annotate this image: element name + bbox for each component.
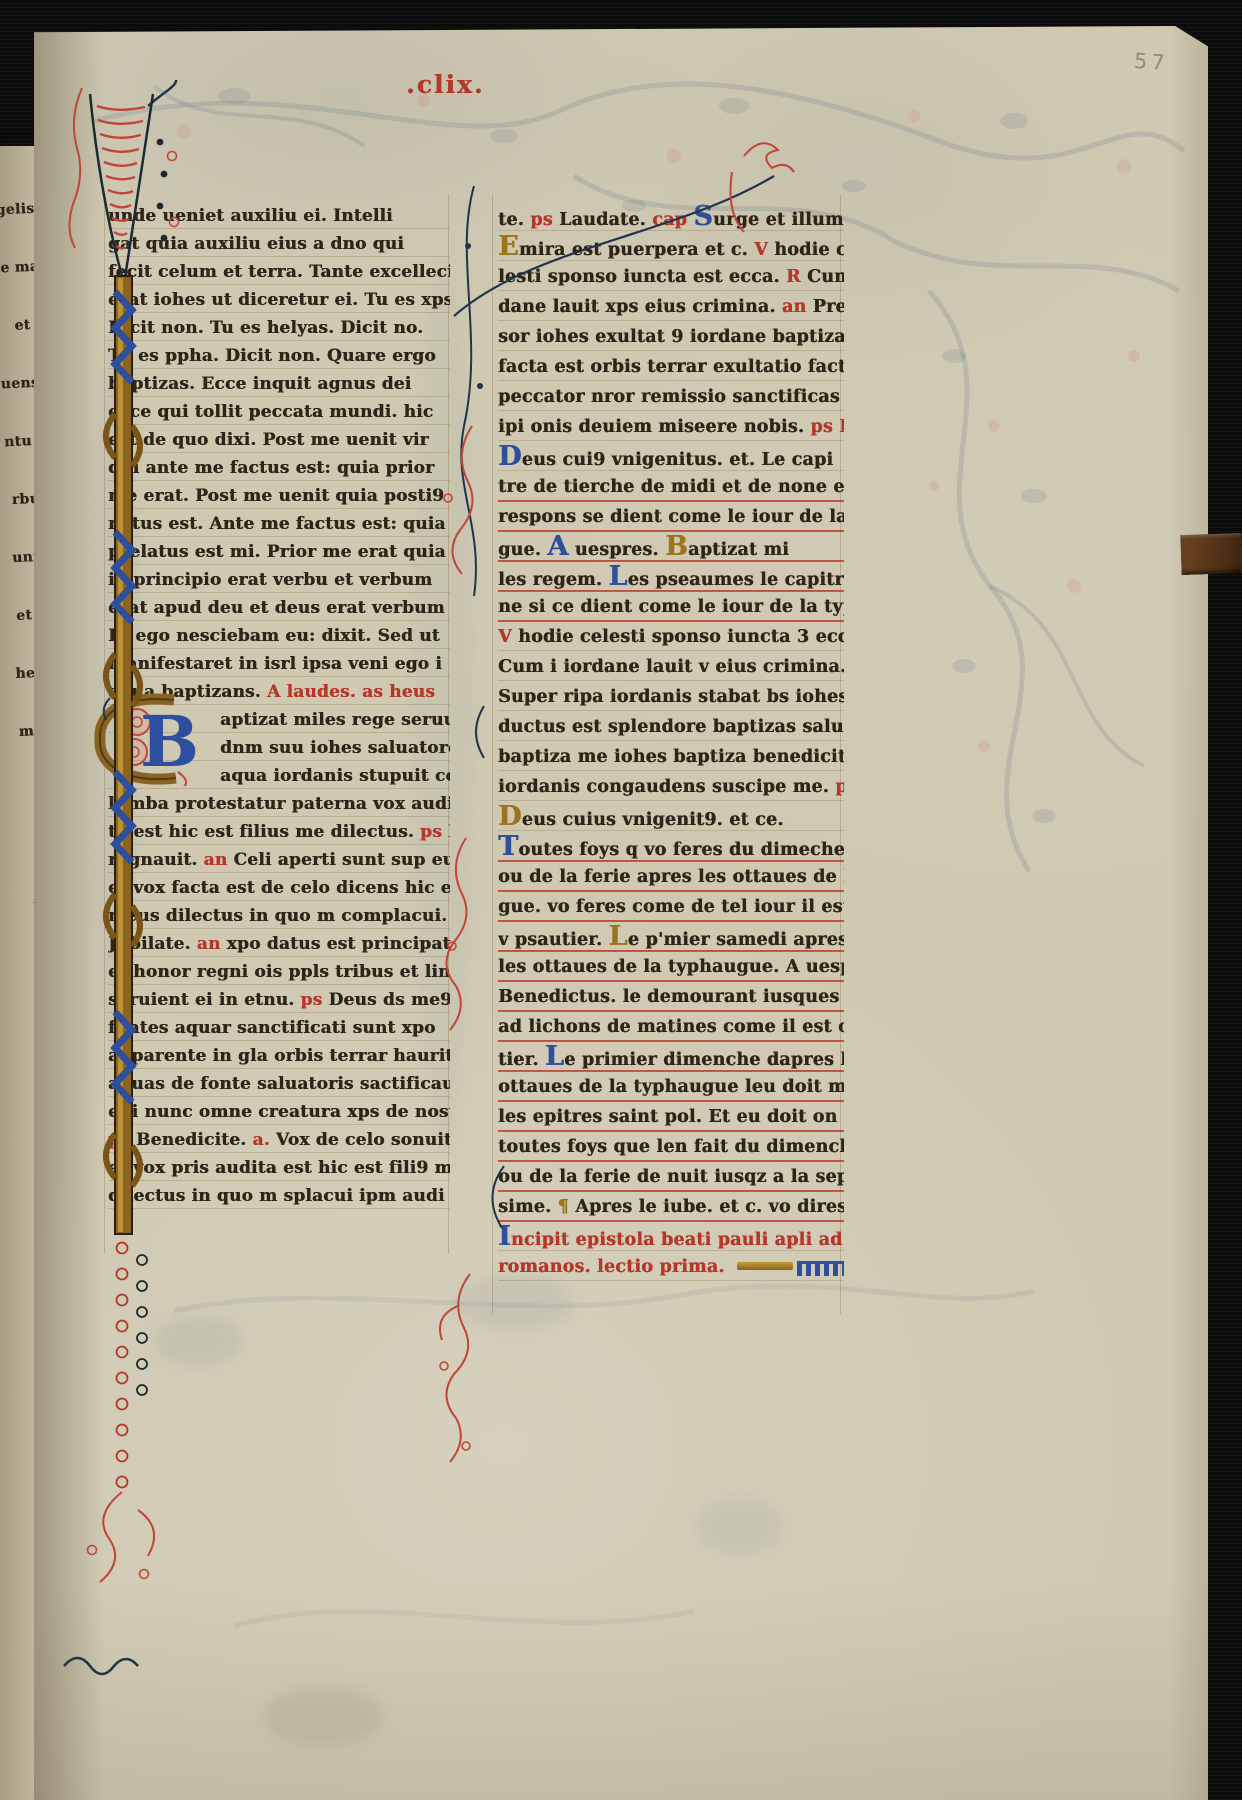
text-segment: Super ripa iordanis stabat bs iohes in xyxy=(498,687,844,707)
text-segment: Deus ds me9 xyxy=(328,990,450,1010)
text-line: Deus cui9 vnigenitus. et. Le capi xyxy=(498,442,844,472)
text-segment: unde ueniet auxiliu ei. Intelli xyxy=(108,206,393,226)
text-line: ou de la ferie de nuit iusqz a la septua… xyxy=(498,1162,844,1192)
text-line: regnauit. an Celi aperti sunt sup eu xyxy=(108,846,450,874)
blue-text-segment: D xyxy=(498,442,522,472)
text-segment: natus est. Ante me factus est: quia xyxy=(108,514,446,534)
text-segment: Cum i iordane lauit v eius crimina. xyxy=(498,657,844,677)
ruling-line xyxy=(492,194,493,1314)
bookmark-tab[interactable] xyxy=(1180,533,1242,575)
text-segment: dnm suu iohes saluatore xyxy=(220,738,450,758)
blue-text-segment: T xyxy=(498,832,518,862)
text-line: te. ps Laudate. cap Surge et illumiare y… xyxy=(498,202,844,232)
text-line: Cum i iordane lauit v eius crimina. a xyxy=(498,652,844,682)
text-line: erat apud deu et deus erat verbum xyxy=(108,594,450,622)
blue-text-segment: L xyxy=(608,562,627,592)
text-segment: es pseaumes le capitre hyn xyxy=(628,570,844,590)
text-line: fecit celum et terra. Tante excellecie xyxy=(108,258,450,286)
text-line: in principio erat verbu et verbum xyxy=(108,566,450,594)
red-text-segment: ps xyxy=(108,1130,136,1150)
text-segment: Laudate. xyxy=(559,210,652,230)
text-segment: in principio erat verbu et verbum xyxy=(108,570,432,590)
text-segment: sor iohes exultat 9 iordane baptizato do xyxy=(498,327,844,347)
text-segment: les epitres saint pol. Et eu doit on lir… xyxy=(498,1107,844,1127)
text-line: Jubilate. an xpo datus est principatu xyxy=(108,930,450,958)
text-line: manifestaret in isrl ipsa veni ego i xyxy=(108,650,450,678)
text-segment: et vox facta est de celo dicens hic est … xyxy=(108,878,450,898)
text-line: lesti sponso iuncta est ecca. R Cum ior xyxy=(498,262,844,292)
gold-text-segment: L xyxy=(608,922,627,952)
text-segment: fecit celum et terra. Tante excellecie xyxy=(108,262,450,282)
text-segment: mira est puerpera et c. xyxy=(519,240,754,260)
text-line: ne si ce dient come le iour de la typhau… xyxy=(498,592,844,622)
blue-text-segment: S xyxy=(693,202,713,232)
text-line: ta est hic est filius me dilectus. ps Dn… xyxy=(108,818,450,846)
red-text-segment: an xyxy=(204,850,234,870)
text-segment: Cum ior xyxy=(807,267,844,287)
text-line: unde ueniet auxiliu ei. Intelli xyxy=(108,202,450,230)
red-text-segment: ps xyxy=(530,210,559,230)
text-line: et honor regni ois ppls tribus et lingue xyxy=(108,958,450,986)
blue-text-segment: L xyxy=(545,1042,564,1072)
text-segment: et vox pris audita est hic est fili9 me9 xyxy=(108,1158,450,1178)
text-segment: ou de la ferie apres les ottaues de la t… xyxy=(498,867,844,887)
blue-text-segment: I xyxy=(498,1222,511,1252)
red-text-segment: an xyxy=(197,934,227,954)
text-line: sime. ¶ Apres le iube. et c. vo dires. xyxy=(498,1192,844,1222)
text-line: gue. vo feres come de tel iour il est or… xyxy=(498,892,844,922)
text-line: aquas de fonte saluatoris sactificauit xyxy=(108,1070,450,1098)
gold-text-segment: E xyxy=(498,232,519,262)
text-line: dane lauit xps eius crimina. an Precur xyxy=(498,292,844,322)
folio-number: 57 xyxy=(1133,49,1169,75)
text-line: toutes foys que len fait du dimenche xyxy=(498,1132,844,1162)
text-segment: ad lichons de matines come il est o psau xyxy=(498,1017,844,1037)
text-line: les ottaues de la typhaugue. A uespres a xyxy=(498,952,844,982)
text-line: ps Benedicite. a. Vox de celo sonuit xyxy=(108,1126,450,1154)
text-segment: baptizas. Ecce inquit agnus dei xyxy=(108,374,411,394)
text-segment: hodie ce xyxy=(774,240,844,260)
text-line: baptiza me iohes baptiza benedicite et t… xyxy=(498,742,844,772)
text-line: meus dilectus in quo m complacui. ps xyxy=(108,902,450,930)
text-segment: aqua iordanis stupuit co xyxy=(220,766,450,786)
text-segment: ottaues de la typhaugue leu doit mectre xyxy=(498,1077,844,1097)
red-text-segment: ps xyxy=(420,822,448,842)
bluebar-text-segment xyxy=(797,1261,844,1276)
text-segment: lesti sponso iuncta est ecca. xyxy=(498,267,786,287)
text-segment: Jubilate. xyxy=(108,934,197,954)
text-segment: me erat. Post me uenit quia posti9 xyxy=(108,486,444,506)
text-line: et vox facta est de celo dicens hic est … xyxy=(108,874,450,902)
text-line: ductus est splendore baptizas saluatore xyxy=(498,712,844,742)
text-line: ottaues de la typhaugue leu doit mectre xyxy=(498,1072,844,1102)
gold-text-segment: D xyxy=(498,802,522,832)
text-segment: Vox de celo sonuit xyxy=(276,1130,450,1150)
text-line: Dicit non. Tu es helyas. Dicit no. xyxy=(108,314,450,342)
text-segment: gue. vo feres come de tel iour il est or… xyxy=(498,897,844,917)
text-segment: manifestaret in isrl ipsa veni ego i xyxy=(108,654,442,674)
text-segment: ductus est splendore baptizas saluatore xyxy=(498,717,844,737)
text-segment: apparente in gla orbis terrar haurite xyxy=(108,1046,450,1066)
text-segment: Dicit non. Tu es helyas. Dicit no. xyxy=(108,318,423,338)
text-line: est de quo dixi. Post me uenit vir xyxy=(108,426,450,454)
goldbar-text-segment xyxy=(737,1262,793,1270)
text-segment: e p'mier samedi apres xyxy=(628,930,844,950)
text-line: tre de tierche de midi et de none et les… xyxy=(498,472,844,502)
red-text-segment: V xyxy=(754,240,774,260)
text-line: Super ripa iordanis stabat bs iohes in xyxy=(498,682,844,712)
text-segment: ou de la ferie de nuit iusqz a la septua… xyxy=(498,1167,844,1187)
red-text-segment: romanos. lectio prima. xyxy=(498,1257,731,1277)
text-segment: uespres. xyxy=(569,540,665,560)
text-segment: Benedictus. le demourant iusques xyxy=(498,987,839,1007)
text-segment: gue. xyxy=(498,540,547,560)
red-text-segment: ps B. or. xyxy=(835,777,844,797)
manuscript-page: .clix. 57 unde ueniet auxiliu ei. Intell… xyxy=(34,26,1208,1800)
text-line: gue. A uespres. Baptizat mi xyxy=(498,532,844,562)
text-segment: gat quia auxiliu eius a dno qui xyxy=(108,234,404,254)
text-line: Benedictus. le demourant iusques xyxy=(498,982,844,1012)
text-line: v psautier. Le p'mier samedi apres xyxy=(498,922,844,952)
text-line: baptizas. Ecce inquit agnus dei xyxy=(108,370,450,398)
text-segment: et honor regni ois ppls tribus et lingue xyxy=(108,962,450,982)
text-line: romanos. lectio prima. xyxy=(498,1252,844,1282)
manuscript-photo: { "page": { "header_numeral": ".clix.", … xyxy=(0,0,1242,1800)
red-text-segment: cap xyxy=(652,210,693,230)
text-segment: te. xyxy=(498,210,530,230)
text-segment: baptiza me iohes baptiza benedicite et t… xyxy=(498,747,844,767)
text-line: ipi onis deuiem miseere nobis. ps B. or. xyxy=(498,412,844,442)
text-segment: eni nunc omne creatura xps de nost xyxy=(108,1102,450,1122)
text-segment: xpo datus est principatu xyxy=(227,934,450,954)
text-segment: Celi aperti sunt sup eu xyxy=(233,850,450,870)
text-line: V hodie celesti sponso iuncta 3 ecca. R xyxy=(498,622,844,652)
text-segment: Benedicite. xyxy=(136,1130,252,1150)
text-segment: v psautier. xyxy=(498,930,608,950)
text-segment: toutes foys que len fait du dimenche xyxy=(498,1137,844,1157)
text-segment: Et ego nesciebam eu: dixit. Sed ut xyxy=(108,626,440,646)
text-line: Toutes foys q vo feres du dimeche xyxy=(498,832,844,862)
text-line: me erat. Post me uenit quia posti9 xyxy=(108,482,450,510)
illuminated-initial-B: B xyxy=(90,692,196,786)
text-line: et vox pris audita est hic est fili9 me9 xyxy=(108,1154,450,1182)
red-text-segment: ps B. or. xyxy=(810,417,844,437)
text-line: peccator nror remissio sanctificas aqs xyxy=(498,382,844,412)
text-segment: Apres le iube. et c. vo dires. xyxy=(575,1197,844,1217)
text-segment: iordanis congaudens suscipe me. xyxy=(498,777,835,797)
red-text-segment: a. xyxy=(252,1130,275,1150)
text-line: eni nunc omne creatura xps de nost xyxy=(108,1098,450,1126)
text-line: Et ego nesciebam eu: dixit. Sed ut xyxy=(108,622,450,650)
text-column-right: te. ps Laudate. cap Surge et illumiare y… xyxy=(498,202,844,1282)
text-line: sor iohes exultat 9 iordane baptizato do xyxy=(498,322,844,352)
text-line: les epitres saint pol. Et eu doit on lir… xyxy=(498,1102,844,1132)
text-segment: meus dilectus in quo m complacui. xyxy=(108,906,450,926)
svg-text:B: B xyxy=(140,700,196,783)
text-segment: qui ante me factus est: quia prior xyxy=(108,458,434,478)
gold-text-segment: ¶ xyxy=(558,1197,576,1217)
text-segment: peccator nror remissio sanctificas aqs xyxy=(498,387,844,407)
text-segment: dilectus in quo m splacui ipm audi xyxy=(108,1186,445,1206)
text-line: gat quia auxiliu eius a dno qui xyxy=(108,230,450,258)
text-line: ou de la ferie apres les ottaues de la t… xyxy=(498,862,844,892)
text-line: fontes aquar sanctificati sunt xpo xyxy=(108,1014,450,1042)
text-line: facta est orbis terrar exultatio facta e xyxy=(498,352,844,382)
text-segment: tier. xyxy=(498,1050,545,1070)
text-segment: tre de tierche de midi et de none et les… xyxy=(498,477,844,497)
text-segment: eus cuius vnigenit9. et ce. xyxy=(522,810,784,830)
text-segment: les regem. xyxy=(498,570,608,590)
text-segment: erat iohes ut diceretur ei. Tu es xps. xyxy=(108,290,450,310)
text-segment: ecce qui tollit peccata mundi. hic xyxy=(108,402,433,422)
text-segment: hodie celesti sponso iuncta 3 ecca. xyxy=(518,627,844,647)
text-segment: aptizat miles rege seruus xyxy=(220,710,450,730)
text-segment: ipi onis deuiem miseere nobis. xyxy=(498,417,810,437)
text-segment: Tu es ppha. Dicit non. Quare ergo xyxy=(108,346,436,366)
text-segment: prelatus est mi. Prior me erat quia xyxy=(108,542,446,562)
text-segment: respons se dient come le iour de la typh… xyxy=(498,507,844,527)
text-segment: e primier dimenche dapres les xyxy=(564,1050,844,1070)
text-line: natus est. Ante me factus est: quia xyxy=(108,510,450,538)
text-segment: Precur xyxy=(813,297,844,317)
text-line: Deus cuius vnigenit9. et ce. xyxy=(498,802,844,832)
red-text-segment: ps xyxy=(300,990,328,1010)
text-segment: Le capi xyxy=(761,450,833,470)
text-segment: les ottaues de la typhaugue. A uespres a xyxy=(498,957,844,977)
text-segment: regnauit. xyxy=(108,850,204,870)
text-line: qui ante me factus est: quia prior xyxy=(108,454,450,482)
text-line: dilectus in quo m splacui ipm audi xyxy=(108,1182,450,1210)
text-line: respons se dient come le iour de la typh… xyxy=(498,502,844,532)
text-line: erat iohes ut diceretur ei. Tu es xps. xyxy=(108,286,450,314)
text-segment: dane lauit xps eius crimina. xyxy=(498,297,782,317)
page-heading-numeral: .clix. xyxy=(406,70,485,99)
gold-text-segment: B xyxy=(665,532,688,562)
blue-text-segment: A xyxy=(547,532,568,562)
text-segment: sime. xyxy=(498,1197,558,1217)
red-text-segment: A laudes. as heus xyxy=(267,682,435,702)
text-line: tier. Le primier dimenche dapres les xyxy=(498,1042,844,1072)
text-segment: ta est hic est filius me dilectus. xyxy=(108,822,420,842)
text-line: Incipit epistola beati pauli apli ad xyxy=(498,1222,844,1252)
red-text-segment: an xyxy=(782,297,813,317)
red-text-segment: R xyxy=(786,267,807,287)
text-line: Tu es ppha. Dicit non. Quare ergo xyxy=(108,342,450,370)
text-line: ecce qui tollit peccata mundi. hic xyxy=(108,398,450,426)
text-line: les regem. Les pseaumes le capitre hyn xyxy=(498,562,844,592)
text-segment: aptizat mi xyxy=(688,540,789,560)
text-segment: outes foys q vo feres du dimeche xyxy=(518,840,844,860)
text-segment: facta est orbis terrar exultatio facta e xyxy=(498,357,844,377)
text-segment: urge et illumiare xyxy=(713,210,844,230)
text-segment: erat apud deu et deus erat verbum xyxy=(108,598,445,618)
text-line: ad lichons de matines come il est o psau xyxy=(498,1012,844,1042)
text-segment: ne si ce dient come le iour de la typhau… xyxy=(498,597,844,617)
text-line: apparente in gla orbis terrar haurite xyxy=(108,1042,450,1070)
text-segment: seruient ei in etnu. xyxy=(108,990,300,1010)
text-segment: Dns xyxy=(448,822,450,842)
red-text-segment: ncipit epistola beati pauli apli ad xyxy=(511,1230,843,1250)
text-line: prelatus est mi. Prior me erat quia xyxy=(108,538,450,566)
text-segment: fontes aquar sanctificati sunt xpo xyxy=(108,1018,436,1038)
text-line: seruient ei in etnu. ps Deus ds me9 a xyxy=(108,986,450,1014)
text-line: lumba protestatur paterna vox audi xyxy=(108,790,450,818)
text-line: iordanis congaudens suscipe me. ps B. or… xyxy=(498,772,844,802)
text-segment: lumba protestatur paterna vox audi xyxy=(108,794,450,814)
text-segment: aquas de fonte saluatoris sactificauit xyxy=(108,1074,450,1094)
text-line: Emira est puerpera et c. V hodie ce xyxy=(498,232,844,262)
red-text-segment: V xyxy=(498,627,518,647)
text-segment: eus cui9 vnigenitus. et. xyxy=(522,450,762,470)
text-segment: est de quo dixi. Post me uenit vir xyxy=(108,430,429,450)
